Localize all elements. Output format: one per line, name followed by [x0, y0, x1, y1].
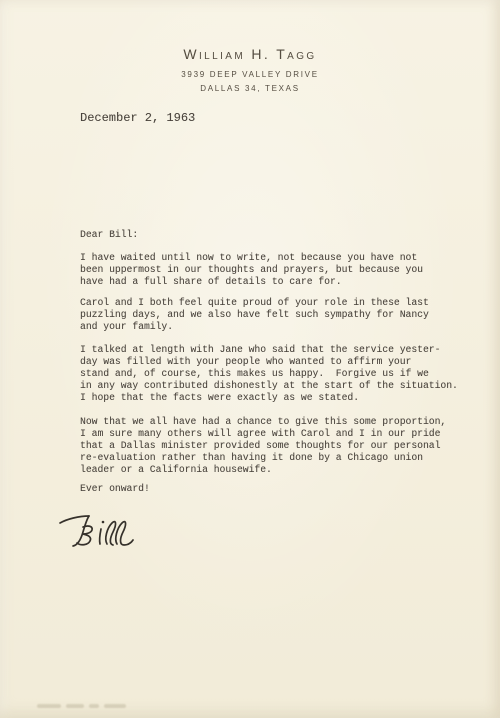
signature-bill-drawing: [55, 504, 139, 552]
letterhead-address-line2: DALLAS 34, TEXAS: [0, 84, 500, 93]
letterhead-address-line1: 3939 DEEP VALLEY DRIVE: [0, 70, 500, 79]
body-paragraph-2: Carol and I both feel quite proud of you…: [80, 297, 429, 333]
date-line: December 2, 1963: [80, 112, 195, 124]
signature-text: Bill: [55, 552, 56, 553]
letter-page: William H. Tagg 3939 DEEP VALLEY DRIVE D…: [0, 0, 500, 718]
letterhead-name: William H. Tagg: [0, 46, 500, 62]
body-paragraph-3: I talked at length with Jane who said th…: [80, 344, 458, 404]
handwritten-signature: Bill: [55, 504, 139, 552]
closing-line: Ever onward!: [80, 483, 150, 495]
faint-illegible-marking: [37, 702, 147, 709]
salutation: Dear Bill:: [80, 229, 138, 241]
body-paragraph-4: Now that we all have had a chance to giv…: [80, 416, 446, 476]
body-paragraph-1: I have waited until now to write, not be…: [80, 252, 423, 288]
